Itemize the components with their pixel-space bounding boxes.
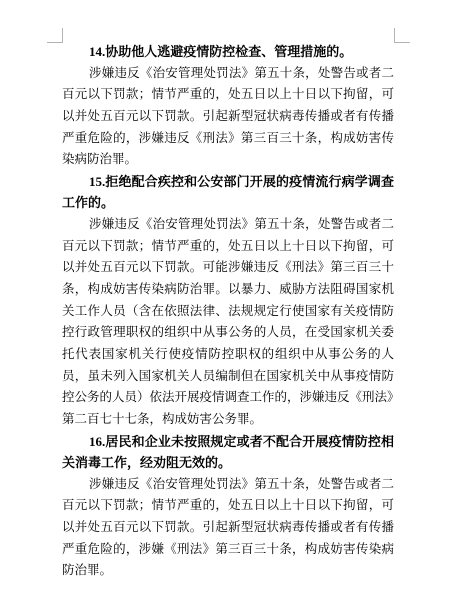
text-boundary-mark-top-right bbox=[394, 28, 410, 43]
text-boundary-mark-top-left bbox=[47, 28, 63, 43]
text-line: 关消毒工作，经劝阻无效的。 bbox=[62, 452, 394, 474]
text-line: 染病防治罪。 bbox=[62, 149, 394, 171]
text-line: 控公务的人员）依法开展疫情调查工作的，涉嫌违反《刑法》 bbox=[62, 387, 394, 409]
text-line: 涉嫌违反《治安管理处罚法》第五十条，处警告或者二 bbox=[62, 63, 394, 85]
text-line: 员，虽未列入国家机关人员编制但在国家机关中从事疫情防 bbox=[62, 366, 394, 388]
text-line: 以并处五百元以下罚款。可能涉嫌违反《刑法》第三百三十 bbox=[62, 257, 394, 279]
body-paragraph: 涉嫌违反《治安管理处罚法》第五十条，处警告或者二百元以下罚款；情节严重的，处五日… bbox=[62, 214, 394, 430]
text-line: 百元以下罚款；情节严重的，处五日以上十日以下拘留，可 bbox=[62, 84, 394, 106]
body-paragraph: 涉嫌违反《治安管理处罚法》第五十条，处警告或者二百元以下罚款；情节严重的，处五日… bbox=[62, 474, 394, 582]
text-line: 以并处五百元以下罚款。引起新型冠状病毒传播或者有传播 bbox=[62, 517, 394, 539]
text-line: 工作的。 bbox=[62, 192, 394, 214]
body-paragraph: 涉嫌违反《治安管理处罚法》第五十条，处警告或者二百元以下罚款；情节严重的，处五日… bbox=[62, 63, 394, 171]
heading-paragraph: 16.居民和企业未按照规定或者不配合开展疫情防控相关消毒工作，经劝阻无效的。 bbox=[62, 431, 394, 474]
text-line: 涉嫌违反《治安管理处罚法》第五十条，处警告或者二 bbox=[62, 214, 394, 236]
text-line: 关工作人员（含在依照法律、法规规定行使国家有关疫情防 bbox=[62, 301, 394, 323]
heading-paragraph: 14.协助他人逃避疫情防控检查、管理措施的。 bbox=[62, 41, 394, 63]
text-line: 16.居民和企业未按照规定或者不配合开展疫情防控相 bbox=[62, 431, 394, 453]
document-page: 14.协助他人逃避疫情防控检查、管理措施的。涉嫌违反《治安管理处罚法》第五十条，… bbox=[0, 0, 454, 601]
text-line: 以并处五百元以下罚款。引起新型冠状病毒传播或者有传播 bbox=[62, 106, 394, 128]
document-body: 14.协助他人逃避疫情防控检查、管理措施的。涉嫌违反《治安管理处罚法》第五十条，… bbox=[62, 41, 394, 582]
text-line: 严重危险的，涉嫌违反《刑法》第三百三十条，构成妨害传 bbox=[62, 128, 394, 150]
heading-paragraph: 15.拒绝配合疾控和公安部门开展的疫情流行病学调查工作的。 bbox=[62, 171, 394, 214]
text-line: 控行政管理职权的组织中从事公务的人员，在受国家机关委 bbox=[62, 322, 394, 344]
text-line: 15.拒绝配合疾控和公安部门开展的疫情流行病学调查 bbox=[62, 171, 394, 193]
text-line: 条，构成妨害传染病防治罪。以暴力、威胁方法阻碍国家机 bbox=[62, 279, 394, 301]
text-line: 涉嫌违反《治安管理处罚法》第五十条，处警告或者二 bbox=[62, 474, 394, 496]
text-line: 托代表国家机关行使疫情防控职权的组织中从事公务的人 bbox=[62, 344, 394, 366]
text-line: 百元以下罚款；情节严重的，处五日以上十日以下拘留，可 bbox=[62, 236, 394, 258]
text-line: 防治罪。 bbox=[62, 560, 394, 582]
text-line: 14.协助他人逃避疫情防控检查、管理措施的。 bbox=[62, 41, 394, 63]
text-line: 百元以下罚款；情节严重的，处五日以上十日以下拘留，可 bbox=[62, 495, 394, 517]
text-line: 严重危险的，涉嫌《刑法》第三百三十条，构成妨害传染病 bbox=[62, 539, 394, 561]
text-line: 第二百七十七条，构成妨害公务罪。 bbox=[62, 409, 394, 431]
